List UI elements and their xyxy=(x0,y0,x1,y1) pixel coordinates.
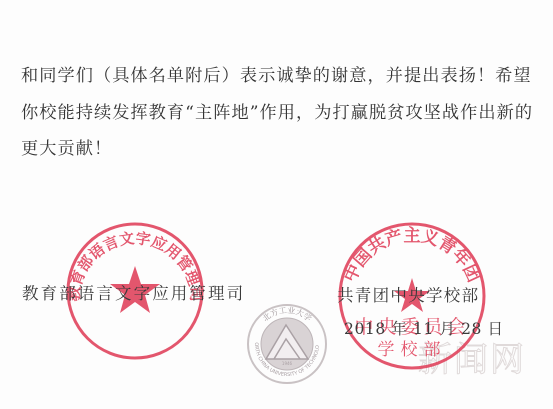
seal-inner-text-2: 学校部 xyxy=(378,340,447,360)
body-line-3: 更大贡献！ xyxy=(21,134,112,159)
signature-date: 2018 年 11 月 28 日 xyxy=(344,317,504,339)
seal-ring-text: 中国共产主义青年团 xyxy=(339,225,483,286)
university-logo-icon: 北方工业大学 NORTH CHINA UNIVERSITY OF TECHNOL… xyxy=(246,303,328,385)
svg-text:中国共产主义青年团: 中国共产主义青年团 xyxy=(339,225,483,286)
signature-ministry: 教育部语言文字应用管理司 xyxy=(22,280,245,304)
signature-youth-league: 共青团中央学校部 xyxy=(337,282,479,306)
body-line-2: 你校能持续发挥教育“主阵地”作用，为打赢脱贫攻坚战作出新的 xyxy=(21,98,533,123)
logo-year: 1946 xyxy=(282,361,293,366)
body-line-1: 和同学们（具体名单附后）表示诚挚的谢意，并提出表扬！希望 xyxy=(21,61,532,86)
